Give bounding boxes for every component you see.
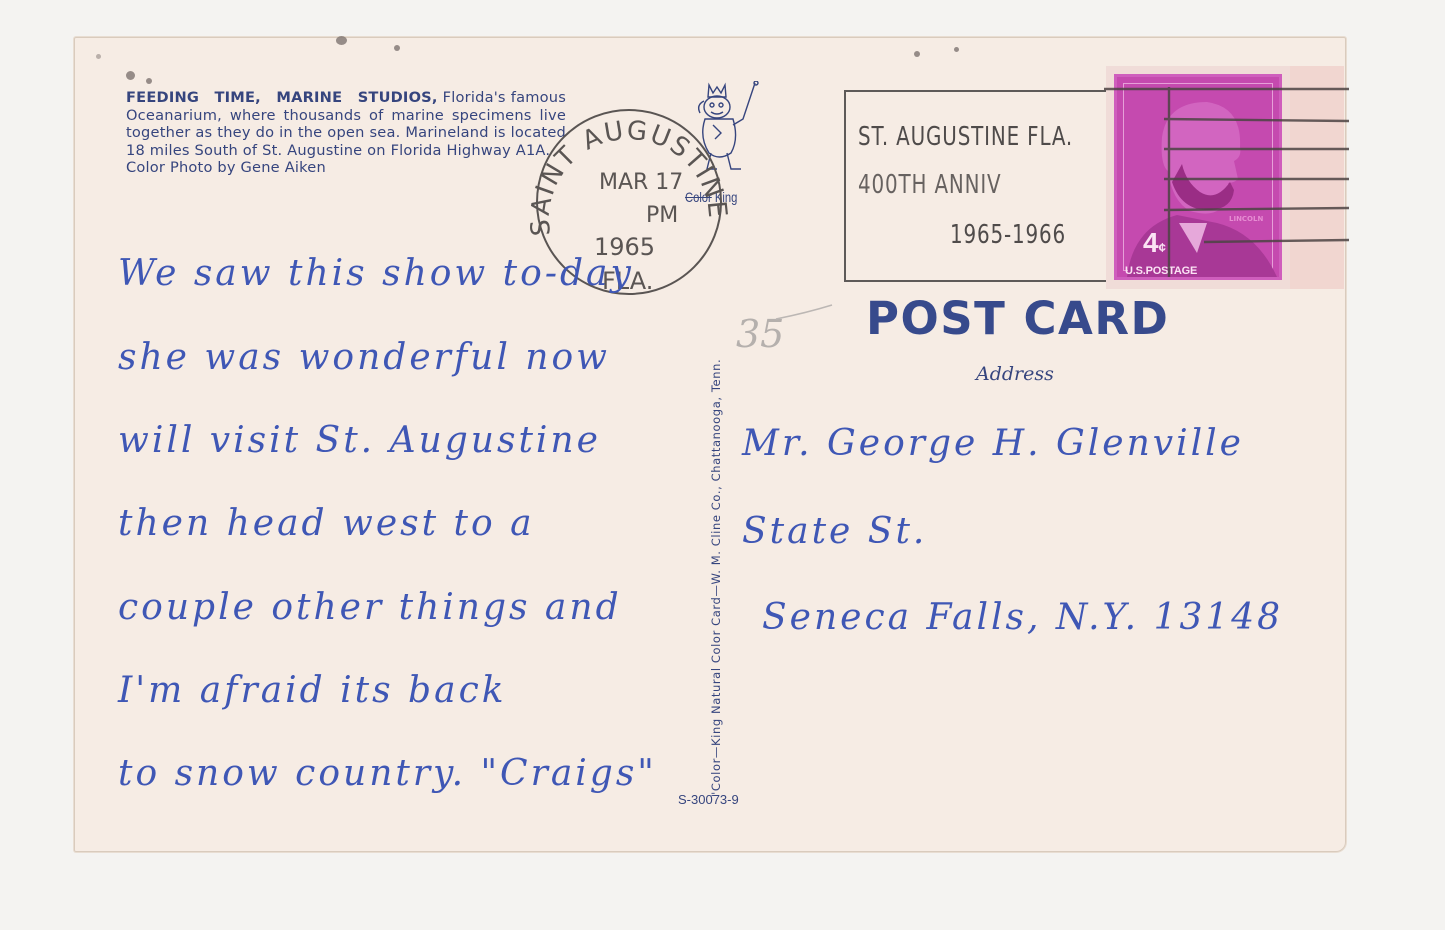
recipient-street: State St. [742, 511, 927, 552]
photo-credit: Color Photo by Gene Aiken [126, 159, 566, 177]
publisher-imprint: "Color—King Natural Color Card—W. M. Cli… [709, 257, 723, 797]
message-line: she was wonderful now [118, 337, 610, 378]
message-line: We saw this show to-day [118, 253, 634, 294]
message-line: will visit St. Augustine [118, 420, 601, 461]
message-line: then head west to a [118, 503, 535, 544]
slogan-line-1: ST. AUGUSTINE FLA. [858, 122, 1073, 152]
postmark-date: MAR 17 [599, 170, 683, 195]
message-line: couple other things and [118, 587, 622, 628]
postmark-time: PM [646, 203, 678, 228]
post-card-heading: POST CARD [866, 292, 1169, 345]
card-code: S-30073-9 [678, 792, 739, 807]
slogan-line-2: 400TH ANNIV [858, 170, 1002, 200]
photo-caption: FEEDING TIME, MARINE STUDIOS, Florida's … [126, 89, 566, 177]
stain-spot [914, 51, 920, 57]
pencil-note: 35 [734, 297, 834, 367]
stain-spot [146, 78, 152, 84]
stain-spot [336, 36, 347, 45]
message-line: I'm afraid its back [118, 670, 507, 711]
stain-spot [394, 45, 400, 51]
message-line: to snow country. "Craigs" [118, 753, 657, 794]
recipient-city: Seneca Falls, N.Y. 13148 [762, 597, 1283, 638]
recipient-name: Mr. George H. Glenville [742, 423, 1244, 464]
caption-headline: FEEDING TIME, MARINE STUDIOS, [126, 89, 438, 106]
postcard-back: FEEDING TIME, MARINE STUDIOS, Florida's … [74, 37, 1346, 852]
slogan-line-3: 1965-1966 [950, 220, 1066, 250]
stain-spot [96, 54, 101, 59]
cancel-bars [1104, 77, 1349, 277]
stain-spot [126, 71, 135, 80]
address-label: Address [976, 363, 1054, 385]
stain-spot [954, 47, 959, 52]
